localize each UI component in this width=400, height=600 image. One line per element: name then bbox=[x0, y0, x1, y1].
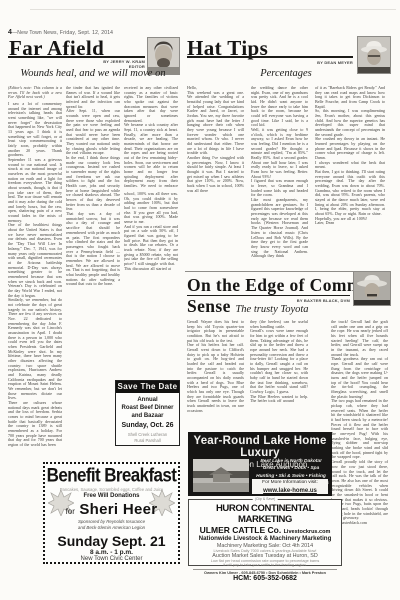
save-the-date-date: Sunday, Oct. 26 bbox=[116, 422, 179, 429]
common-sense-rule bbox=[187, 295, 350, 296]
hat-tips-column-3: of it as "Bareback Riders get Ready." An… bbox=[315, 86, 385, 270]
clip-save-tab: (Clip & Save) bbox=[253, 497, 278, 501]
save-the-date-line1: Annual bbox=[116, 396, 179, 404]
huron-phone: HCM: 605-352-0682 bbox=[189, 575, 341, 582]
huron-title-3: Nationwide Livestock & Machinery Marketi… bbox=[189, 535, 341, 542]
common-sense-byline: BY BAXTER BLACK, DVM bbox=[230, 298, 350, 303]
lake-home-url: www.lake-home.us bbox=[252, 487, 328, 495]
far-afield-rule bbox=[8, 56, 145, 58]
page-edge-line bbox=[30, 9, 396, 10]
far-afield-column-1: I saw a lot of commentary around the int… bbox=[8, 102, 62, 459]
benefit-breakfast-ad: Benefit Breakfast Pancakes, Sausage, Scr… bbox=[43, 462, 180, 564]
huron-livestock-line: Livestock Sales Daily 7000 calves & year… bbox=[189, 549, 341, 553]
huron-title-2: ULMER CATTLE Co. bbox=[200, 525, 282, 535]
lake-home-title: Year-Round Lake Home Luxury bbox=[188, 435, 332, 459]
far-afield-editor-note: (Editor's note: This column is a rerun. … bbox=[8, 86, 62, 101]
hat-tips-rule bbox=[187, 56, 353, 58]
save-the-date-ad: Save The Date Annual Roast Beef Dinner a… bbox=[115, 380, 180, 446]
benefit-breakfast-title: Benefit Breakfast bbox=[45, 465, 178, 487]
benefit-breakfast-time: 8 a.m. - 1 p.m. bbox=[45, 549, 178, 556]
hat-tips-overflow-column: school, 100% was all there was. Oh, you … bbox=[124, 192, 178, 274]
save-the-date-line2: Roast Beef Dinner bbox=[116, 404, 179, 412]
common-sense-column-1: Gerrall Wayne does his best to keep his … bbox=[187, 320, 244, 430]
far-afield-subhead: Wounds heal, and we will move on bbox=[8, 68, 178, 79]
hat-tips-column-1: Hello, This weekend was a great one. We … bbox=[187, 86, 244, 270]
benefit-breakfast-venue: New Town Civic Center bbox=[45, 556, 178, 562]
huron-owners: Owners Kim Ulmer - 605-845-6750 • Don Sc… bbox=[193, 569, 337, 575]
hat-tips-byline: BY DEAN MEYER bbox=[250, 60, 353, 65]
benefit-breakfast-honoree: Sheri Heer bbox=[79, 501, 157, 518]
save-the-date-location-2: Rural Parshall bbox=[116, 438, 179, 444]
far-afield-column-2: the tinder that has ignited the flames o… bbox=[66, 86, 120, 376]
lake-home-info-label: For More Information visit: bbox=[252, 480, 328, 487]
hat-tips-subhead: Percentages bbox=[187, 68, 385, 79]
huron-marketing-ad: (Clip & Save) HURON CONTINENTAL MARKETIN… bbox=[188, 499, 342, 566]
huron-pay-line: It will pay to take your cattle to the f… bbox=[189, 563, 341, 567]
lake-home-feature-1: Great Views • Dock • Spa bbox=[252, 465, 330, 472]
masthead: 4—New Town News, Friday, Sept. 12, 2014 bbox=[8, 29, 113, 36]
lake-home-ad: Year-Round Lake Home Luxury For Sale on … bbox=[188, 432, 332, 496]
common-sense-column-2: they (the heelers) can be useful when ha… bbox=[250, 320, 308, 430]
lake-house-photo bbox=[193, 459, 249, 492]
lake-home-tagline: Best Lake in North Dakota! bbox=[252, 458, 330, 465]
baxter-black-photo bbox=[353, 271, 391, 306]
benefit-breakfast-date: Sunday Sept. 21 bbox=[45, 533, 178, 549]
save-the-date-line3: and Bazaar bbox=[116, 412, 179, 420]
benefit-breakfast-sponsor-2: and Beck-Slemin American Legion bbox=[45, 525, 178, 531]
common-sense-subhead: The trusty Toyota bbox=[187, 304, 357, 315]
benefit-breakfast-for: for bbox=[66, 507, 75, 516]
save-the-date-banner: Save The Date bbox=[116, 381, 179, 393]
far-afield-column-3: received in any other civilized country … bbox=[124, 86, 178, 188]
newspaper-page: 4—New Town News, Friday, Sept. 12, 2014 … bbox=[0, 0, 400, 600]
hat-tips-column-2: the wedding dance the other night. Evan,… bbox=[251, 86, 308, 270]
huron-title-1: HURON CONTINENTAL MARKETING bbox=[189, 503, 341, 525]
